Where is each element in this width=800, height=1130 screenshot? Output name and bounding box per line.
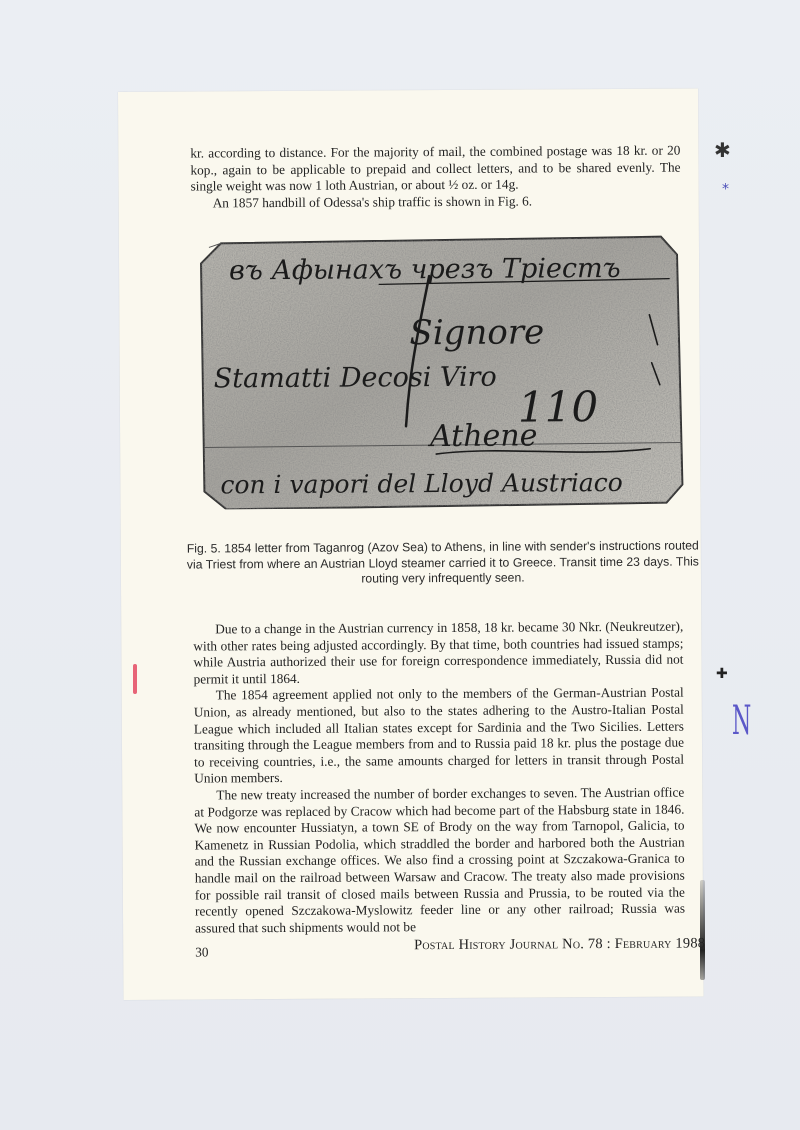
- page-footer: 30 Postal History Journal No. 78 : Febru…: [195, 941, 705, 944]
- handwriting-salutation: Signore: [409, 312, 544, 353]
- figure-5-letter-image: въ Афынахъ чрезъ Тріестъ Signore Stamatt…: [199, 235, 685, 510]
- paragraph: The 1854 agreement applied not only to t…: [194, 685, 685, 788]
- figure-caption: Fig. 5. 1854 letter from Taganrog (Azov …: [187, 538, 699, 588]
- margin-asterisk-icon: ✱: [714, 138, 731, 162]
- margin-blue-asterisk-icon: ⁎: [722, 177, 729, 193]
- page-number: 30: [195, 944, 208, 960]
- journal-page: kr. according to distance. For the major…: [118, 88, 704, 1000]
- red-pen-mark: [133, 664, 137, 694]
- margin-cross-icon: ✚: [716, 666, 728, 682]
- handwriting-routing: con i vapori del Lloyd Austriaco: [220, 468, 623, 499]
- running-head: Postal History Journal No. 78 : February…: [414, 935, 705, 954]
- intro-text: kr. according to distance. For the major…: [190, 143, 680, 212]
- paragraph: The new treaty increased the number of b…: [194, 784, 685, 936]
- handwriting-recipient: Stamatti Decosi Viro: [214, 362, 497, 395]
- handwritten-letter-photo: въ Афынахъ чрезъ Тріестъ Signore Stamatt…: [199, 235, 685, 510]
- paragraph: An 1857 handbill of Odessa's ship traffi…: [191, 192, 681, 212]
- main-text: Due to a change in the Austrian currency…: [193, 619, 685, 937]
- handwriting-city: Athene: [427, 418, 538, 454]
- paragraph: Due to a change in the Austrian currency…: [193, 619, 683, 688]
- scan-edge-shadow: [700, 880, 705, 980]
- margin-handwritten-letter: N: [732, 698, 751, 744]
- paragraph: kr. according to distance. For the major…: [190, 143, 680, 196]
